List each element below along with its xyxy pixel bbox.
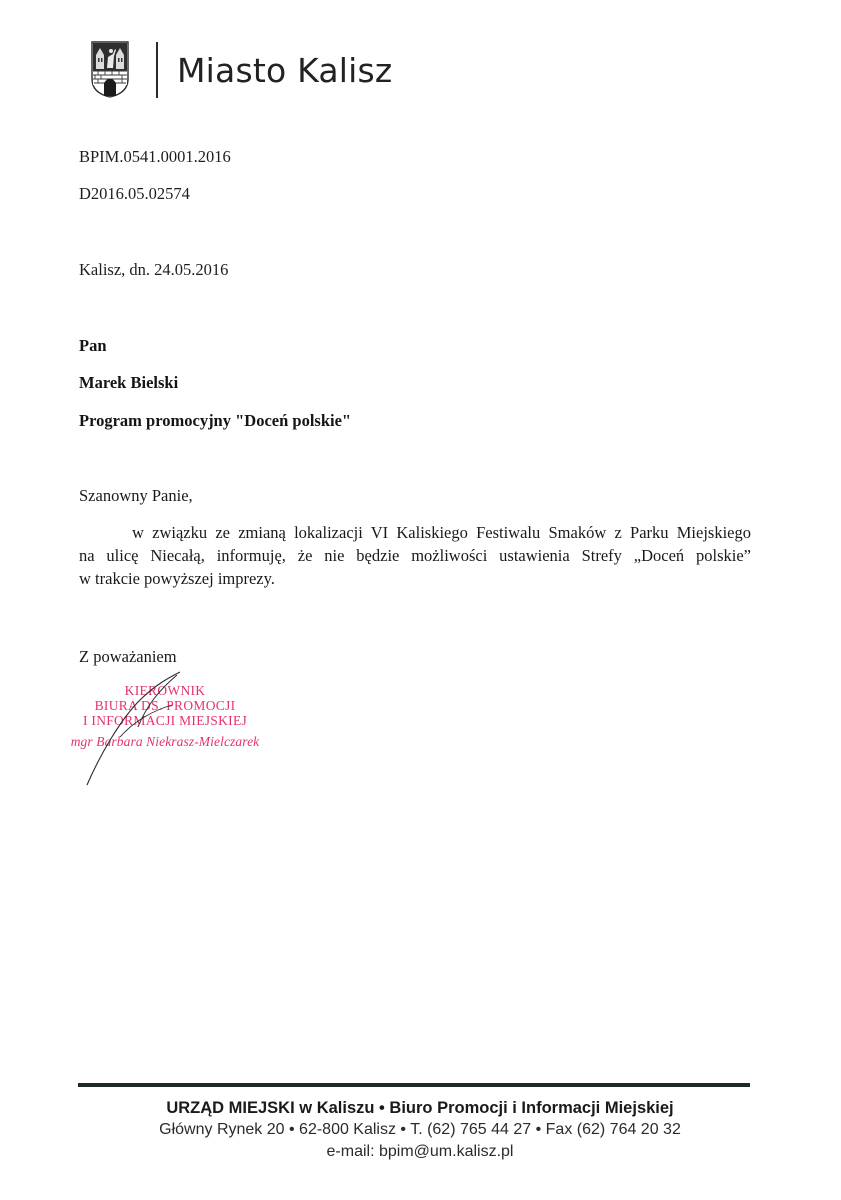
place-and-date: Kalisz, dn. 24.05.2016 — [79, 260, 228, 280]
closing: Z poważaniem — [79, 647, 177, 667]
salutation: Szanowny Panie, — [79, 486, 193, 506]
stamp-line: KIEROWNIK — [60, 683, 270, 698]
header-divider — [156, 42, 158, 98]
official-stamp: KIEROWNIK BIURA DS. PROMOCJI I INFORMACJ… — [60, 683, 270, 750]
document-reference-number: D2016.05.02574 — [79, 184, 190, 204]
addressee-name: Marek Bielski — [79, 373, 178, 393]
body-line: w trakcie powyższej imprezy. — [79, 567, 751, 590]
footer-address: Główny Rynek 20 • 62-800 Kalisz • T. (62… — [60, 1119, 780, 1141]
stamp-signatory: mgr Barbara Niekrasz-Mielczarek — [60, 734, 270, 750]
stamp-line: I INFORMACJI MIEJSKIEJ — [60, 713, 270, 728]
letter-body: w związku ze zmianą lokalizacji VI Kalis… — [79, 521, 751, 590]
footer-office-name: URZĄD MIEJSKI w Kaliszu • Biuro Promocji… — [60, 1097, 780, 1119]
footer-divider — [78, 1083, 750, 1087]
body-line: na ulicę Niecałą, informuję, że nie będz… — [79, 544, 751, 567]
city-name-logo: Miasto Kalisz — [177, 51, 392, 91]
addressee-organization: Program promocyjny "Doceń polskie" — [79, 411, 351, 431]
case-reference-number: BPIM.0541.0001.2016 — [79, 147, 231, 167]
stamp-line: BIURA DS. PROMOCJI — [60, 698, 270, 713]
body-line: w związku ze zmianą lokalizacji VI Kalis… — [79, 521, 751, 544]
letterhead-footer: URZĄD MIEJSKI w Kaliszu • Biuro Promocji… — [60, 1097, 780, 1163]
footer-email: e-mail: bpim@um.kalisz.pl — [60, 1141, 780, 1163]
city-coat-of-arms-icon — [91, 41, 129, 98]
addressee-title: Pan — [79, 336, 107, 356]
